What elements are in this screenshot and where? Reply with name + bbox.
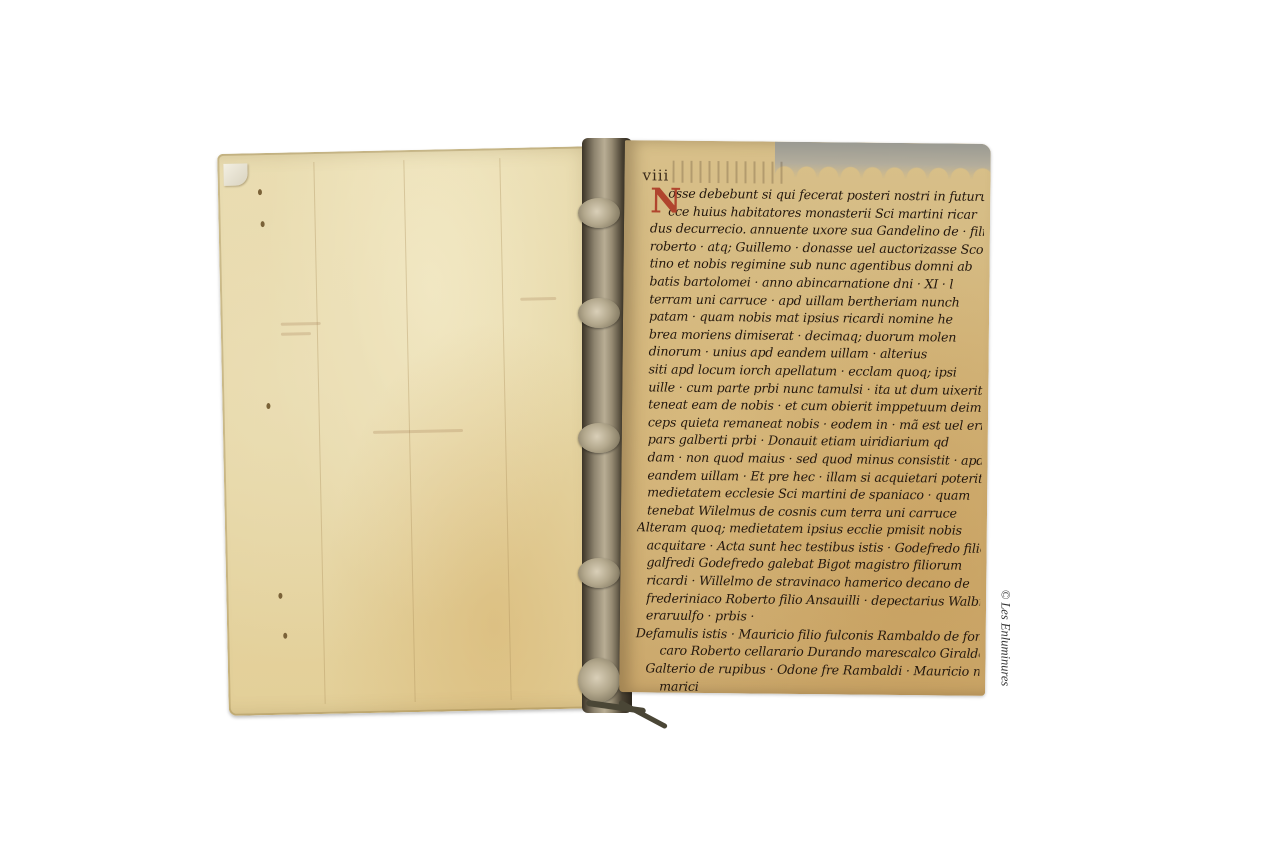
offset-text-trace bbox=[373, 429, 463, 434]
offset-text-trace bbox=[281, 332, 311, 336]
ruling-line bbox=[499, 158, 511, 700]
pinhole bbox=[258, 189, 262, 195]
red-initial: N bbox=[650, 184, 681, 218]
copyright-credit: © Les Enluminures bbox=[998, 578, 1012, 698]
cord-tail bbox=[586, 700, 670, 730]
ruled-margin bbox=[672, 161, 782, 184]
sewing-cord bbox=[578, 658, 620, 702]
left-blank-page bbox=[217, 146, 611, 716]
sewing-cord bbox=[578, 423, 620, 453]
latin-text-block: N osse debebunt si qui fecerat posteri n… bbox=[645, 184, 984, 698]
offset-text-trace bbox=[281, 322, 321, 326]
manuscript-photo: viii N osse debebunt si qui fecerat post… bbox=[0, 0, 1280, 860]
sewing-cord bbox=[578, 198, 620, 228]
folded-corner bbox=[223, 163, 247, 185]
damaged-top-edge bbox=[775, 142, 991, 180]
text-line: marici bbox=[645, 677, 979, 698]
pinhole bbox=[261, 221, 265, 227]
pinhole bbox=[266, 403, 270, 409]
ruling-line bbox=[313, 162, 325, 704]
right-text-page: viii N osse debebunt si qui fecerat post… bbox=[619, 140, 991, 696]
sewing-cord bbox=[578, 298, 620, 328]
pinhole bbox=[283, 633, 287, 639]
sewing-cord bbox=[578, 558, 620, 588]
offset-text-trace bbox=[520, 297, 556, 301]
pinhole bbox=[278, 593, 282, 599]
credit-text: © Les Enluminures bbox=[998, 590, 1013, 687]
